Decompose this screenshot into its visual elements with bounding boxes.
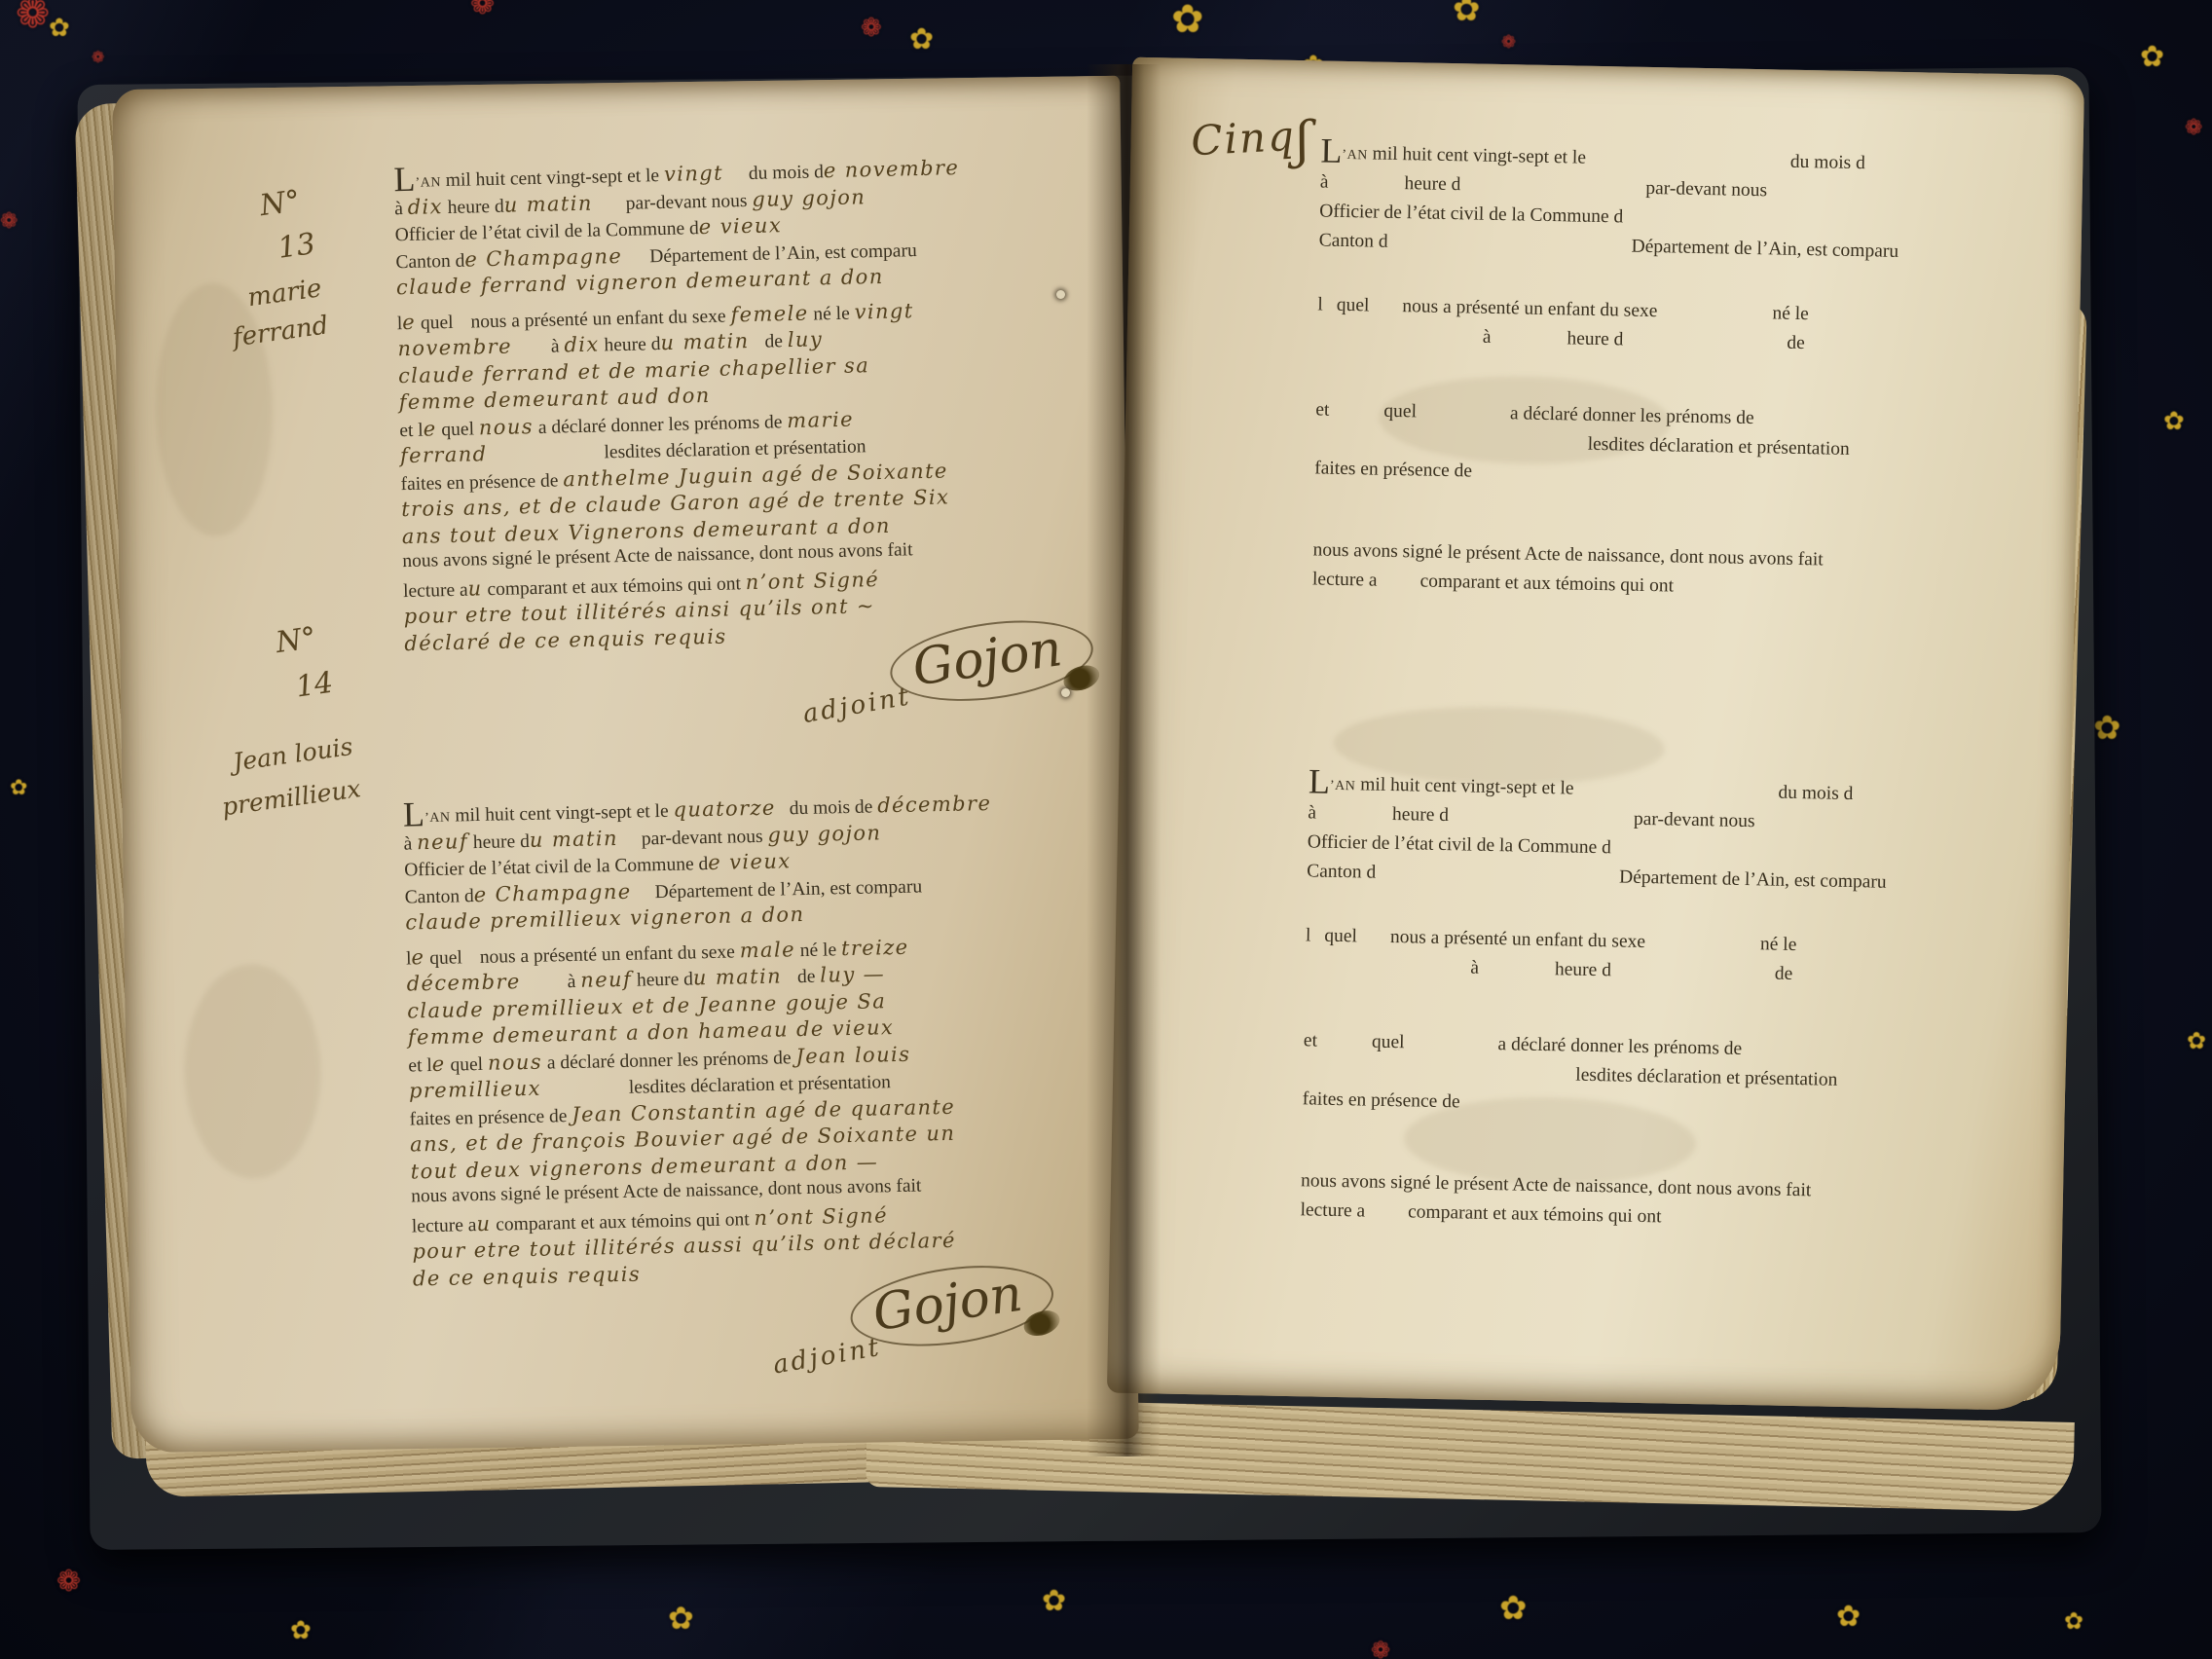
folio-number-text: Cinq	[1190, 112, 1297, 165]
handwritten-text: neuf	[580, 968, 632, 992]
printed-form-text: de	[1787, 333, 1805, 353]
blank-birth-form-2: L’an mil huit cent vingt-sept et ledu mo…	[1300, 773, 2009, 1242]
blank-fill-in-field	[593, 208, 626, 209]
printed-form-text: heure d	[1392, 804, 1449, 826]
printed-form-text: heure d	[443, 196, 504, 217]
handwritten-text: Jean louis	[795, 1042, 910, 1067]
printed-form-text: l	[1306, 925, 1311, 945]
printed-form-text: comparant	[491, 1212, 580, 1235]
printed-form-text: et l	[408, 1055, 432, 1077]
handwritten-text: de ce enquis requis	[413, 1262, 641, 1290]
fabric-flower-icon: ❁	[1371, 1640, 1390, 1659]
fabric-flower-icon: ❁	[56, 1567, 81, 1597]
printed-form-text: du mois de	[790, 796, 878, 819]
printed-form-text: nous a présenté un enfant du sexe	[470, 306, 730, 332]
photo-scene: ❁✿❁❁❁✿✿✿✿❁✿❁✿✿✿❁✿❁❁✿✿✿❁✿✿✿ N° 13 marie f…	[0, 0, 2212, 1659]
printed-form-text: heure d	[1404, 173, 1460, 195]
printed-form-text: a déclaré donner les prénoms de	[534, 412, 788, 438]
blank-fill-in-field	[1317, 1047, 1372, 1048]
binding-stitch	[1061, 688, 1070, 697]
handwritten-text: e vieux	[698, 213, 782, 239]
handwritten-text: male	[739, 938, 795, 962]
printed-form-text: comparant	[1419, 571, 1505, 594]
blank-fill-in-field	[1657, 316, 1772, 318]
pen-flourish: ʃ	[1295, 111, 1313, 170]
blank-fill-in-field	[1491, 343, 1567, 344]
printed-form-text: par-devant nous	[626, 190, 753, 213]
printed-form-text: de	[797, 967, 821, 987]
fabric-flower-icon: ❁	[861, 16, 882, 41]
signature-record-14: Gojon	[849, 1267, 1054, 1346]
printed-form-text: quel	[436, 419, 479, 440]
printed-form-text: faites en présence de	[1314, 458, 1472, 481]
fabric-flower-icon: ❁	[470, 0, 495, 19]
blank-fill-in-field	[1376, 878, 1619, 883]
printed-form-text: par-devant nous	[642, 826, 768, 849]
printed-form-text: par-devant nous	[1645, 178, 1767, 201]
blank-fill-in-field	[618, 844, 642, 845]
margin-name-line: marie	[246, 273, 330, 313]
blank-fill-in-field	[1365, 1217, 1408, 1218]
fabric-flower-icon: ❁	[1501, 33, 1516, 51]
printed-form-text: et aux témoins qui ont	[580, 1209, 755, 1234]
printed-form-text: à	[551, 336, 565, 356]
fabric-flower-icon: ✿	[1042, 1587, 1066, 1616]
blank-fill-in-field	[488, 458, 605, 461]
printed-form-text: nous a présenté un enfant du sexe	[1390, 927, 1645, 952]
fabric-flower-icon: ❁	[2185, 117, 2202, 138]
printed-form-text: L	[1309, 761, 1331, 800]
printed-form-text: faites en présence de	[409, 1106, 571, 1129]
blank-fill-in-field	[1305, 970, 1470, 973]
handwritten-text: u	[467, 576, 482, 600]
handwritten-text: nous	[488, 1050, 543, 1074]
handwritten-text: vingt	[664, 162, 724, 186]
blank-fill-in-field	[1449, 821, 1634, 825]
printed-form-text: comparant	[1408, 1201, 1493, 1224]
printed-form-text: L	[1320, 130, 1343, 169]
handwritten-text: quatorze	[673, 796, 776, 822]
printed-form-text: mil huit cent vingt-sept et le	[1368, 143, 1587, 167]
handwritten-text: e novembre	[824, 156, 960, 182]
blank-fill-in-field	[1479, 974, 1555, 975]
blank-fill-in-field	[1357, 941, 1390, 942]
printed-form-text: et aux témoins qui ont	[1505, 572, 1675, 596]
blank-fill-in-field	[541, 1093, 629, 1095]
signature-title: adjoint	[771, 1333, 884, 1381]
blank-fill-in-field	[1586, 164, 1790, 167]
printed-form-text: L	[393, 160, 416, 199]
handwritten-text: e vieux	[708, 849, 792, 874]
fabric-flower-icon: ✿	[909, 25, 934, 55]
fabric-flower-icon: ✿	[2140, 43, 2164, 72]
printed-form-text: Officier de l’état civil de la Commune d	[395, 218, 699, 245]
printed-form-text: nous avons signé le présent Acte de nais…	[1301, 1170, 1812, 1200]
margin-number: 14	[294, 662, 362, 705]
fabric-flower-icon: ✿	[290, 1618, 312, 1643]
birth-record-13: L’an mil huit cent vingt-sept et le ving…	[393, 154, 1066, 658]
fabric-flower-icon: ❁	[0, 210, 18, 232]
blank-fill-in-field	[1317, 339, 1483, 342]
printed-form-text: mil huit cent vingt-sept et le	[450, 801, 673, 827]
fabric-flower-icon: ❁	[16, 0, 50, 35]
handwritten-text: u matin	[660, 329, 750, 354]
printed-form-text: à	[403, 833, 417, 854]
blank-fill-in-field	[512, 352, 551, 353]
printed-form-text: né le	[1760, 934, 1797, 955]
printed-form-text: à	[1308, 802, 1316, 823]
fabric-flower-icon: ✿	[668, 1603, 694, 1634]
printed-form-text: lecture a	[1300, 1199, 1365, 1221]
handwritten-text: neuf	[417, 829, 468, 854]
margin-no-label: N°	[258, 180, 329, 223]
printed-form-text: comparant	[482, 577, 571, 600]
printed-form-text: nous a présenté un enfant du sexe	[1402, 296, 1657, 321]
printed-form-text: né le	[808, 303, 855, 324]
printed-form-text: du mois d	[1778, 783, 1853, 804]
printed-form-text: et aux témoins qui ont	[571, 573, 746, 598]
printed-form-text: mil huit cent vingt-sept et le	[1355, 774, 1574, 798]
handwritten-text: dix	[564, 332, 600, 356]
printed-form-text: lesdites déclaration et présentation	[1588, 434, 1850, 460]
printed-form-text: Canton d	[1307, 861, 1376, 882]
printed-form-text: lecture a	[412, 1215, 477, 1236]
blank-fill-in-field	[1573, 794, 1778, 798]
handwritten-text: e	[411, 945, 424, 969]
printed-form-text: de	[1775, 964, 1793, 984]
fabric-flower-icon: ✿	[1836, 1603, 1861, 1632]
printed-form-text: lecture a	[1312, 569, 1378, 590]
printed-form-text: ’an	[1342, 148, 1368, 164]
margin-number: 13	[276, 225, 329, 266]
birth-record-14: L’an mil huit cent vingt-sept et le quat…	[403, 790, 1075, 1293]
handwritten-text: u matin	[503, 191, 593, 216]
blank-fill-in-field	[1369, 311, 1402, 312]
printed-form-text: du mois d	[749, 162, 824, 184]
printed-form-text: et	[1304, 1030, 1317, 1051]
printed-form-text: à	[568, 972, 581, 992]
printed-form-text: Département de l’Ain, est comparu	[1619, 866, 1887, 892]
margin-name-line: Jean louis	[231, 731, 361, 777]
printed-form-text: Département de l’Ain, est comparu	[649, 240, 917, 267]
left-page: N° 13 marie ferrand L’an mil huit cent v…	[112, 76, 1138, 1453]
handwritten-text: n’ont Signé	[754, 1203, 888, 1230]
printed-form-text: ’an	[424, 811, 451, 827]
printed-form-text: lesdites déclaration et présentation	[604, 436, 866, 462]
printed-form-text: a déclaré donner les prénoms de	[542, 1048, 796, 1073]
printed-form-text: et aux témoins qui ont	[1493, 1203, 1662, 1227]
blank-fill-in-field	[1303, 1075, 1575, 1080]
handwritten-text: e Champagne	[464, 243, 622, 271]
printed-form-text: quel	[424, 947, 462, 969]
margin-name-line: premillieux	[220, 774, 362, 821]
blank-fill-in-field	[632, 898, 655, 899]
fabric-flower-icon: ✿	[2187, 1030, 2206, 1053]
handwritten-text: dix	[407, 195, 443, 219]
printed-form-text: faites en présence de	[400, 470, 563, 495]
fabric-flower-icon: ✿	[1171, 0, 1204, 39]
printed-form-text: de	[764, 331, 788, 352]
margin-annotation-record-14: N° 14 Jean louis premillieux	[276, 620, 361, 812]
folio-number-annotation: Cinqʃ	[1190, 111, 1313, 175]
printed-form-text: quel	[416, 312, 454, 333]
printed-form-text: ’an	[415, 175, 441, 191]
printed-form-text: faites en présence de	[1303, 1088, 1460, 1112]
printed-form-text: à	[394, 198, 408, 218]
printed-form-text: L	[403, 794, 425, 833]
printed-form-text: du mois d	[1790, 152, 1865, 173]
blank-fill-in-field	[1377, 586, 1419, 587]
fabric-flower-icon: ✿	[10, 777, 27, 798]
paper-smudge	[183, 963, 322, 1179]
margin-no-label: N°	[274, 615, 360, 660]
blank-birth-form-1: L’an mil huit cent vingt-sept et ledu mo…	[1312, 142, 2022, 611]
printed-form-text: nous a présenté un enfant du sexe	[480, 941, 740, 968]
printed-form-text: heure d	[1567, 328, 1623, 350]
printed-form-text: Canton d	[405, 886, 474, 907]
register-book: N° 13 marie ferrand L’an mil huit cent v…	[88, 58, 2103, 1529]
printed-form-text: à	[1470, 958, 1479, 978]
book-gutter-fold	[1087, 64, 1161, 1456]
binding-stitch	[1056, 290, 1065, 299]
blank-fill-in-field	[1645, 947, 1760, 949]
blank-fill-in-field	[1329, 416, 1383, 417]
printed-form-text: et l	[399, 420, 424, 441]
printed-form-text: heure d	[632, 969, 693, 990]
blank-fill-in-field	[1611, 976, 1775, 978]
printed-form-text: Département de l’Ain, est comparu	[654, 876, 922, 903]
printed-form-text: quel	[1383, 401, 1417, 423]
handwritten-text: décembre	[406, 970, 521, 995]
handwritten-text: e	[423, 417, 436, 440]
printed-form-text: heure d	[599, 334, 660, 355]
handwritten-text: e	[402, 310, 416, 333]
handwritten-text: vingt	[854, 299, 914, 323]
printed-form-text: l	[1317, 294, 1323, 314]
handwritten-text: luy	[788, 327, 824, 351]
blank-fill-in-field	[1404, 1048, 1497, 1050]
handwritten-text: u matin	[530, 826, 619, 851]
printed-form-text: quel	[445, 1053, 488, 1075]
handwritten-text: guy gojon	[752, 185, 866, 211]
printed-form-text: quel	[1337, 295, 1370, 316]
handwritten-text: marie	[787, 407, 854, 432]
printed-form-text: mil huit cent vingt-sept et le	[441, 166, 664, 191]
handwritten-text: u matin	[693, 964, 783, 989]
blank-fill-in-field	[521, 987, 568, 988]
printed-form-text: Canton d	[1318, 230, 1387, 251]
handwritten-text: n’ont Signé	[745, 568, 879, 594]
blank-fill-in-field	[622, 262, 649, 263]
printed-form-text: Officier de l’état civil de la Commune d	[404, 854, 708, 881]
printed-form-text: ’an	[1330, 779, 1356, 794]
printed-form-text: et	[1315, 399, 1329, 420]
blank-fill-in-field	[1623, 345, 1787, 348]
handwritten-text: e	[432, 1051, 446, 1075]
printed-form-text: à	[1483, 327, 1492, 348]
fabric-flower-icon: ✿	[49, 16, 70, 41]
handwritten-text: décembre	[877, 792, 992, 817]
printed-form-text: né le	[1772, 303, 1809, 324]
printed-form-text: lecture a	[403, 579, 468, 602]
printed-form-text: à	[1320, 171, 1329, 192]
printed-form-text: quel	[1324, 926, 1357, 947]
blank-fill-in-field	[1316, 819, 1392, 820]
printed-form-text: heure d	[1555, 959, 1611, 980]
printed-form-text: lesdites déclaration et présentation	[629, 1072, 891, 1098]
signature-title: adjoint	[800, 682, 913, 729]
printed-form-text: heure d	[468, 830, 530, 852]
blank-fill-in-field	[1460, 190, 1645, 194]
handwritten-text: e Champagne	[473, 879, 631, 905]
right-page: Cinqʃ L’an mil huit cent vingt-sept et l…	[1107, 57, 2084, 1412]
printed-form-text: quel	[1372, 1032, 1405, 1053]
fabric-flower-icon: ✿	[2064, 1610, 2083, 1634]
blank-fill-in-field	[1328, 188, 1404, 189]
printed-form-text: lesdites déclaration et présentation	[1575, 1065, 1837, 1090]
fabric-flower-icon: ✿	[1499, 1593, 1528, 1626]
blank-fill-in-field	[1417, 417, 1510, 419]
blank-fill-in-field	[723, 179, 749, 180]
handwritten-text: treize	[841, 935, 909, 959]
handwritten-text: guy gojon	[767, 821, 881, 846]
printed-form-text: né le	[795, 940, 842, 961]
handwritten-text: novembre	[397, 335, 512, 361]
blank-fill-in-field	[1315, 444, 1588, 449]
handwritten-text: nous	[479, 415, 535, 439]
handwritten-text: u	[476, 1211, 491, 1235]
printed-form-text: Canton d	[395, 250, 464, 273]
fabric-flower-icon: ✿	[2163, 409, 2185, 434]
printed-form-text: nous avons signé le présent Acte de nais…	[1312, 539, 1824, 570]
blank-fill-in-field	[1388, 247, 1632, 252]
handwritten-text: femele	[730, 301, 809, 326]
printed-form-text: a déclaré donner les prénoms de	[1497, 1034, 1742, 1059]
fabric-flower-icon: ✿	[1453, 0, 1481, 27]
printed-form-text: Département de l’Ain, est comparu	[1631, 237, 1899, 262]
printed-form-text: a déclaré donner les prénoms de	[1510, 403, 1754, 428]
handwritten-text: ferrand	[400, 442, 488, 467]
margin-annotation-record-13: N° 13 marie ferrand	[260, 184, 329, 347]
printed-form-text: par-devant nous	[1634, 809, 1755, 831]
handwritten-text: luy —	[820, 962, 885, 986]
handwritten-text: premillieux	[409, 1077, 541, 1103]
